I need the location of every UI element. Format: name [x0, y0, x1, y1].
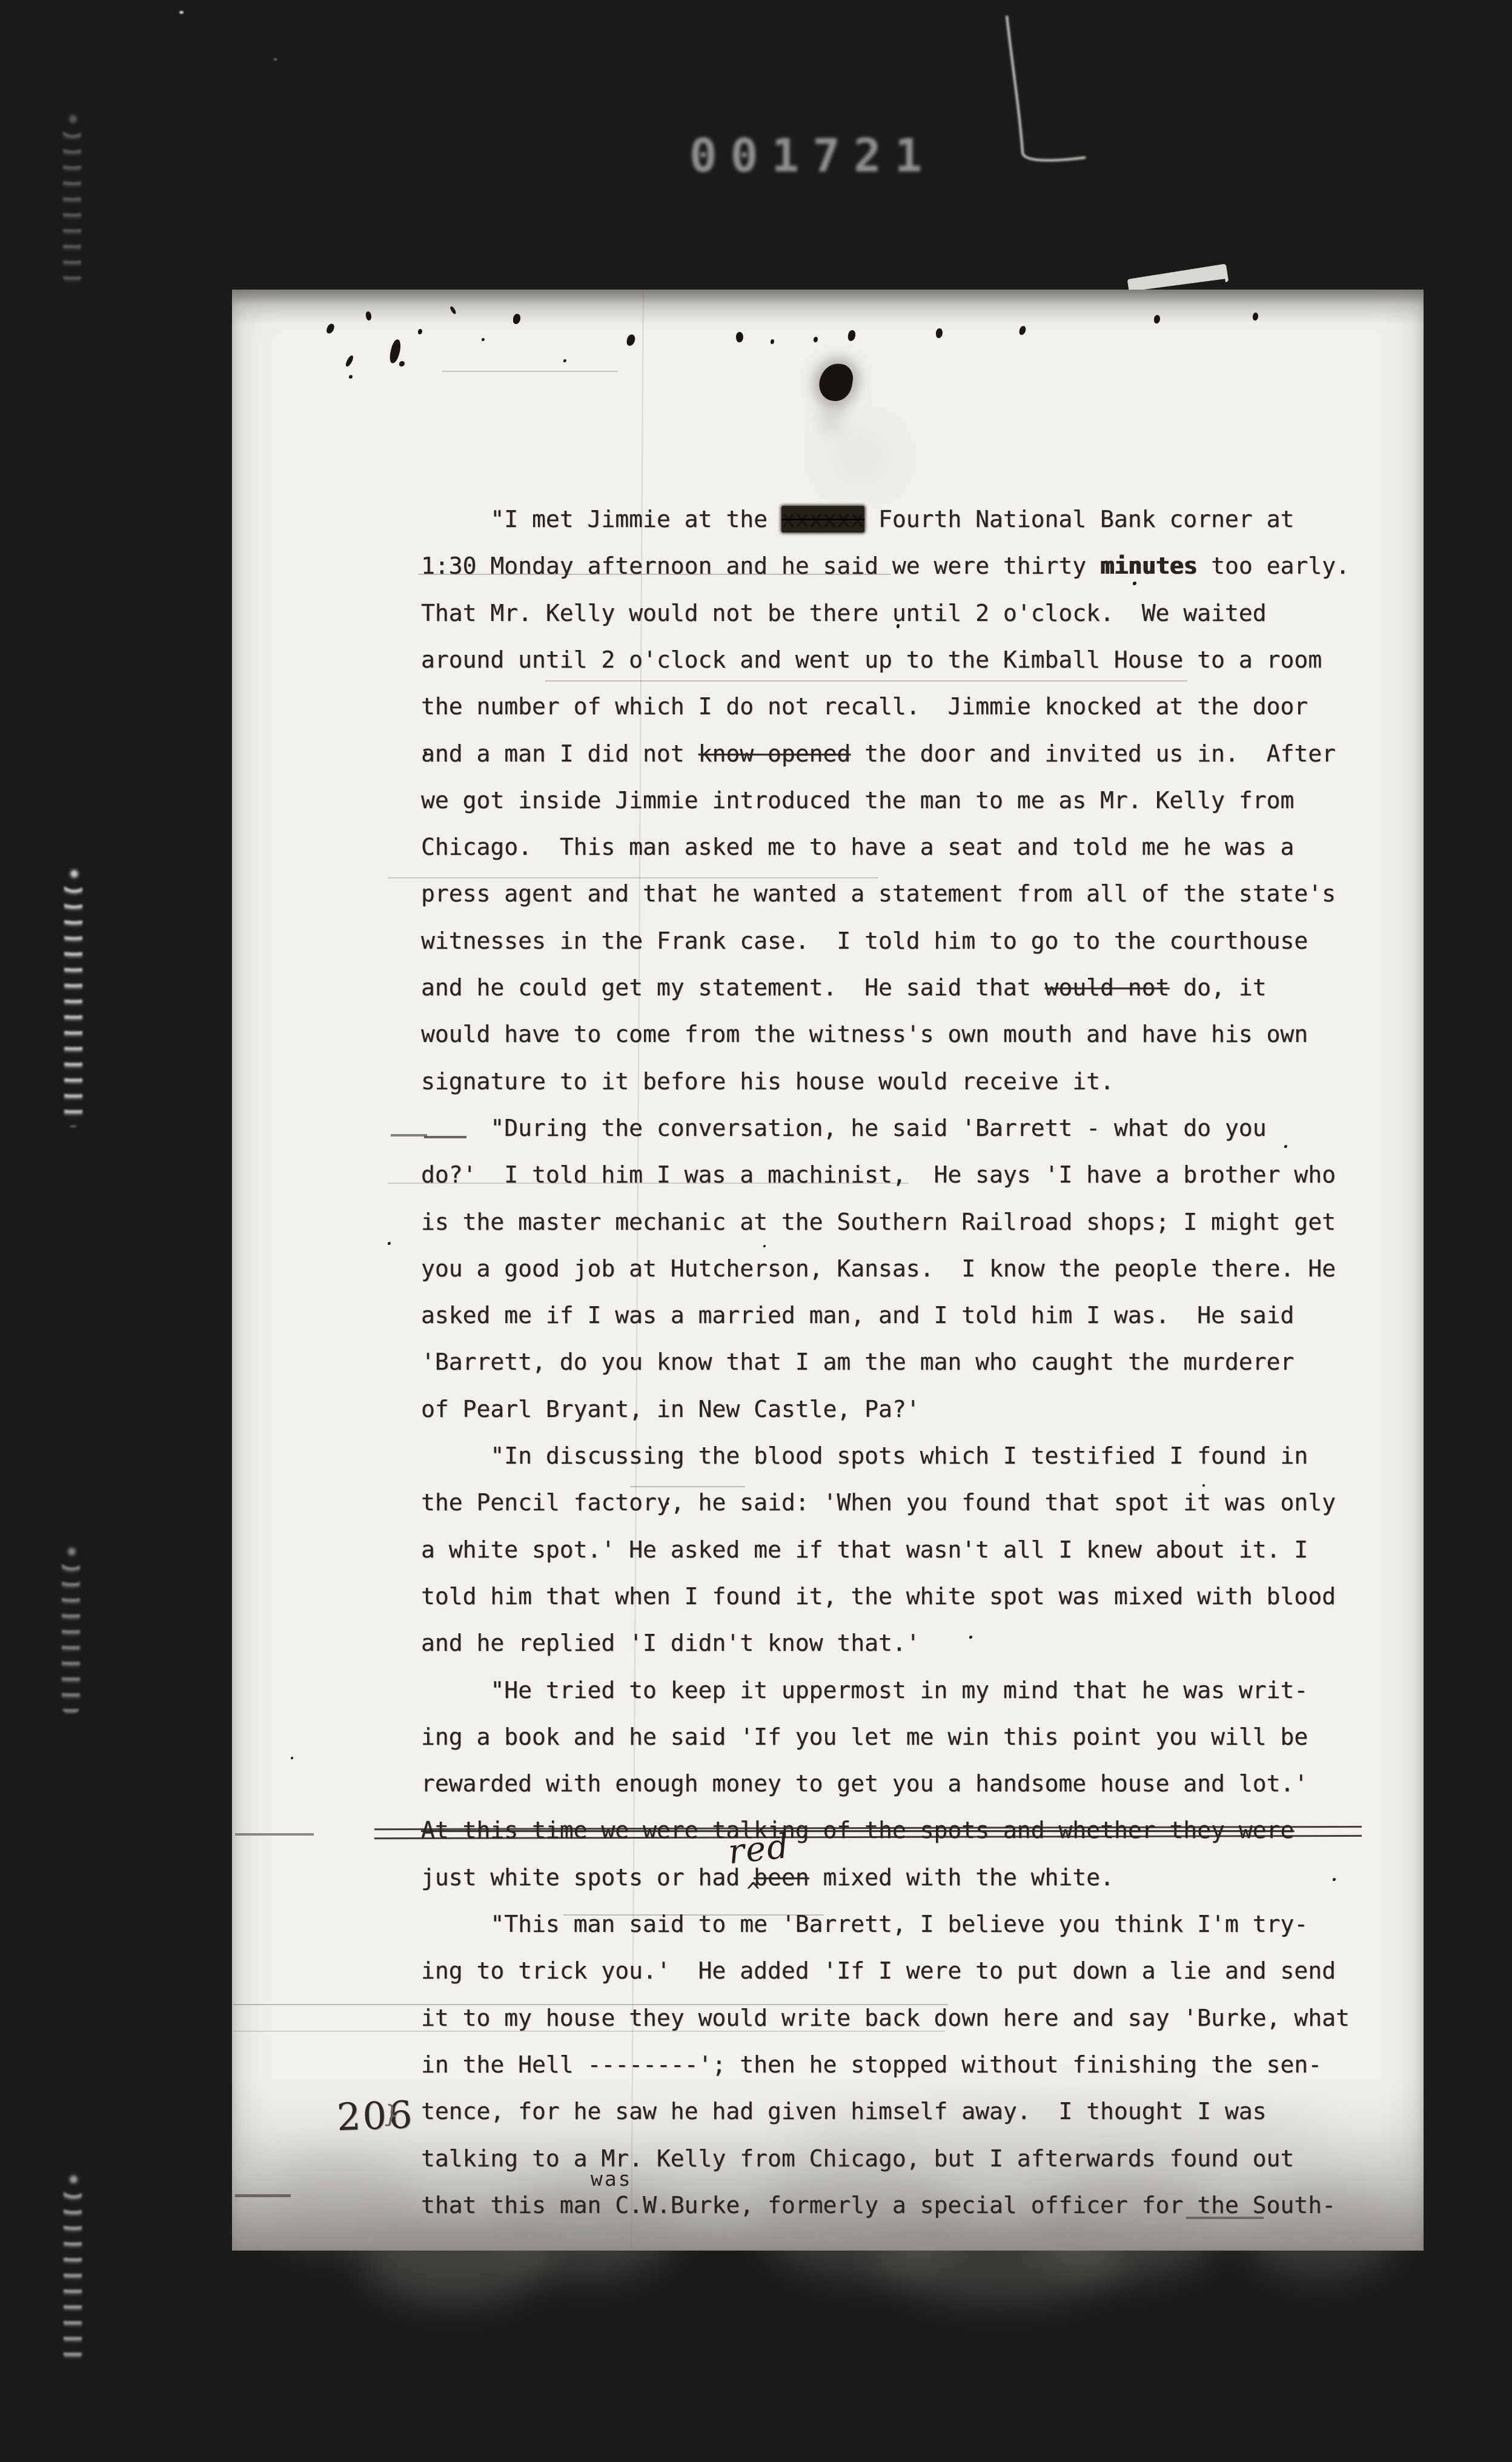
typed-segment: "I met Jimmie at the [421, 506, 781, 533]
typed-segment: minutes [1100, 552, 1197, 579]
typed-line: That Mr. Kelly would not be there until … [421, 599, 1267, 627]
typed-segment: "This man said to me 'Barrett, I believe… [421, 1911, 1308, 1937]
film-edge-mark [62, 1545, 80, 1714]
page-top-shading [232, 290, 1424, 325]
typed-segment: and a man I did not [421, 740, 698, 767]
typed-segment: the Pencil factory, he said: 'When you f… [421, 1489, 1336, 1516]
typed-line: Chicago. This man asked me to have a sea… [421, 833, 1294, 861]
typed-segment: of Pearl Bryant, in New Castle, Pa?' [421, 1396, 920, 1422]
typed-line: signature to it before his house would r… [421, 1067, 1114, 1095]
dust-speck [274, 58, 277, 61]
typed-segment: "He tried to keep it uppermost in my min… [421, 1677, 1308, 1704]
typed-line: the number of which I do not recall. Jim… [421, 692, 1308, 720]
typed-line: and he replied 'I didn't know that.' [421, 1629, 920, 1657]
typed-insertion-was: was [591, 2167, 632, 2191]
page-number: 206 [336, 2092, 415, 2139]
typed-segment: talking to a Mr. Kelly from Chicago, but… [421, 2145, 1294, 2172]
typed-line: rewarded with enough money to get you a … [421, 1770, 1308, 1797]
typed-line: "I met Jimmie at the xxxxxx Fourth Natio… [421, 505, 1294, 533]
typed-segment: 1:30 Monday afternoon and he said we wer… [421, 552, 1100, 579]
typed-segment: the number of which I do not recall. Jim… [421, 693, 1308, 720]
typed-segment: in the Hell --------'; then he stopped w… [421, 2051, 1322, 2078]
typed-segment: "During the conversation, he said 'Barre… [421, 1115, 1267, 1141]
typed-line: ing to trick you.' He added 'If I were t… [421, 1957, 1336, 1985]
typed-segment: around until 2 o'clock and went up to th… [421, 646, 1322, 673]
typed-line: "During the conversation, he said 'Barre… [421, 1114, 1267, 1142]
typed-segment: a white spot.' He asked me if that wasn'… [421, 1536, 1308, 1563]
typed-line: we got inside Jimmie introduced the man … [421, 786, 1294, 814]
typed-segment: signature to it before his house would r… [421, 1068, 1114, 1095]
typed-segment: do, it [1169, 974, 1266, 1001]
film-edge-mark [64, 2172, 82, 2363]
typed-segment: told him that when I found it, the white… [421, 1583, 1336, 1610]
typed-segment: is the master mechanic at the Southern R… [421, 1209, 1336, 1235]
typed-line: tence, for he saw he had given himself a… [421, 2097, 1267, 2125]
typed-segment: know opened [698, 740, 851, 767]
typed-segment: mixed with the white. [809, 1864, 1114, 1891]
typed-line: "This man said to me 'Barrett, I believe… [421, 1910, 1308, 1938]
typed-segment: 'Barrett, do you know that I am the man … [421, 1349, 1294, 1375]
typed-line: would have to come from the witness's ow… [421, 1020, 1308, 1048]
typed-line: 1:30 Monday afternoon and he said we wer… [421, 552, 1350, 580]
typed-line: that this man C.W.Burke, formerly a spec… [421, 2191, 1336, 2219]
typed-line: "He tried to keep it uppermost in my min… [421, 1676, 1308, 1704]
typed-line: told him that when I found it, the white… [421, 1582, 1336, 1610]
typed-line: ing a book and he said 'If you let me wi… [421, 1723, 1308, 1751]
typed-segment: "In discussing the blood spots which I t… [421, 1442, 1308, 1469]
typed-line: "In discussing the blood spots which I t… [421, 1442, 1308, 1470]
typed-line: around until 2 o'clock and went up to th… [421, 646, 1322, 674]
handwritten-insertion-red: red [726, 1827, 792, 1872]
film-edge-mark [64, 863, 82, 1127]
insertion-caret: ^ [746, 1878, 760, 1905]
typed-line: At this time we were talking of the spot… [421, 1816, 1294, 1844]
typed-segment: ing to trick you.' He added 'If I were t… [421, 1957, 1336, 1984]
typed-segment: asked me if I was a married man, and I t… [421, 1302, 1294, 1329]
typed-line: and a man I did not know opened the door… [421, 740, 1336, 768]
typed-line: it to my house they would write back dow… [421, 2004, 1350, 2032]
typed-line: and he could get my statement. He said t… [421, 974, 1267, 1001]
frame-number-stamp: 001721 [689, 128, 936, 182]
typed-line: 'Barrett, do you know that I am the man … [421, 1348, 1294, 1376]
typed-line: do?' I told him I was a machinist, He sa… [421, 1161, 1336, 1189]
typed-segment: too early. [1197, 552, 1350, 579]
typed-segment: would have to come from the witness's ow… [421, 1021, 1308, 1047]
typed-segment: Fourth National Bank corner at [864, 506, 1294, 533]
typed-line: in the Hell --------'; then he stopped w… [421, 2051, 1322, 2079]
typed-segment: the door and invited us in. After [850, 740, 1336, 767]
typed-line: of Pearl Bryant, in New Castle, Pa?' [421, 1395, 920, 1423]
typed-segment: ing a book and he said 'If you let me wi… [421, 1724, 1308, 1750]
typed-segment: witnesses in the Frank case. I told him … [421, 927, 1308, 954]
typed-segment: that this man C.W.Burke, formerly a spec… [421, 2192, 1336, 2218]
typed-line: press agent and that he wanted a stateme… [421, 880, 1336, 907]
overtyped-blot: xxxxxx [781, 506, 864, 533]
dust-speck [179, 11, 184, 14]
typed-segment: Chicago. This man asked me to have a sea… [421, 834, 1294, 860]
typed-segment: you a good job at Hutcherson, Kansas. I … [421, 1255, 1336, 1282]
microfilm-frame: 001721 "I met Jimmie at the xxxxxx Fourt… [0, 0, 1512, 2462]
typed-line: talking to a Mr. Kelly from Chicago, but… [421, 2145, 1294, 2172]
typed-segment: At this time we were talking of the spot… [421, 1817, 1294, 1843]
typed-segment: tence, for he saw he had given himself a… [421, 2098, 1267, 2125]
typed-segment: we got inside Jimmie introduced the man … [421, 787, 1294, 814]
typed-segment: would not [1045, 974, 1170, 1001]
ink-blot [817, 361, 855, 403]
typed-line: you a good job at Hutcherson, Kansas. I … [421, 1255, 1336, 1282]
typed-line: asked me if I was a married man, and I t… [421, 1301, 1294, 1329]
typed-segment: and he could get my statement. He said t… [421, 974, 1045, 1001]
typed-segment: and he replied 'I didn't know that.' [421, 1630, 920, 1656]
typed-segment: do?' I told him I was a machinist, He sa… [421, 1161, 1336, 1188]
typed-segment: That Mr. Kelly would not be there until … [421, 600, 1267, 626]
typed-segment: it to my house they would write back dow… [421, 2005, 1350, 2031]
typed-line: the Pencil factory, he said: 'When you f… [421, 1488, 1336, 1516]
typed-segment: press agent and that he wanted a stateme… [421, 880, 1336, 907]
typed-segment: rewarded with enough money to get you a … [421, 1770, 1308, 1797]
typed-line: is the master mechanic at the Southern R… [421, 1208, 1336, 1236]
film-edge-mark [63, 112, 81, 285]
typed-line: witnesses in the Frank case. I told him … [421, 927, 1308, 955]
typed-line: a white spot.' He asked me if that wasn'… [421, 1536, 1308, 1564]
typed-segment: just white spots or had [421, 1864, 754, 1891]
